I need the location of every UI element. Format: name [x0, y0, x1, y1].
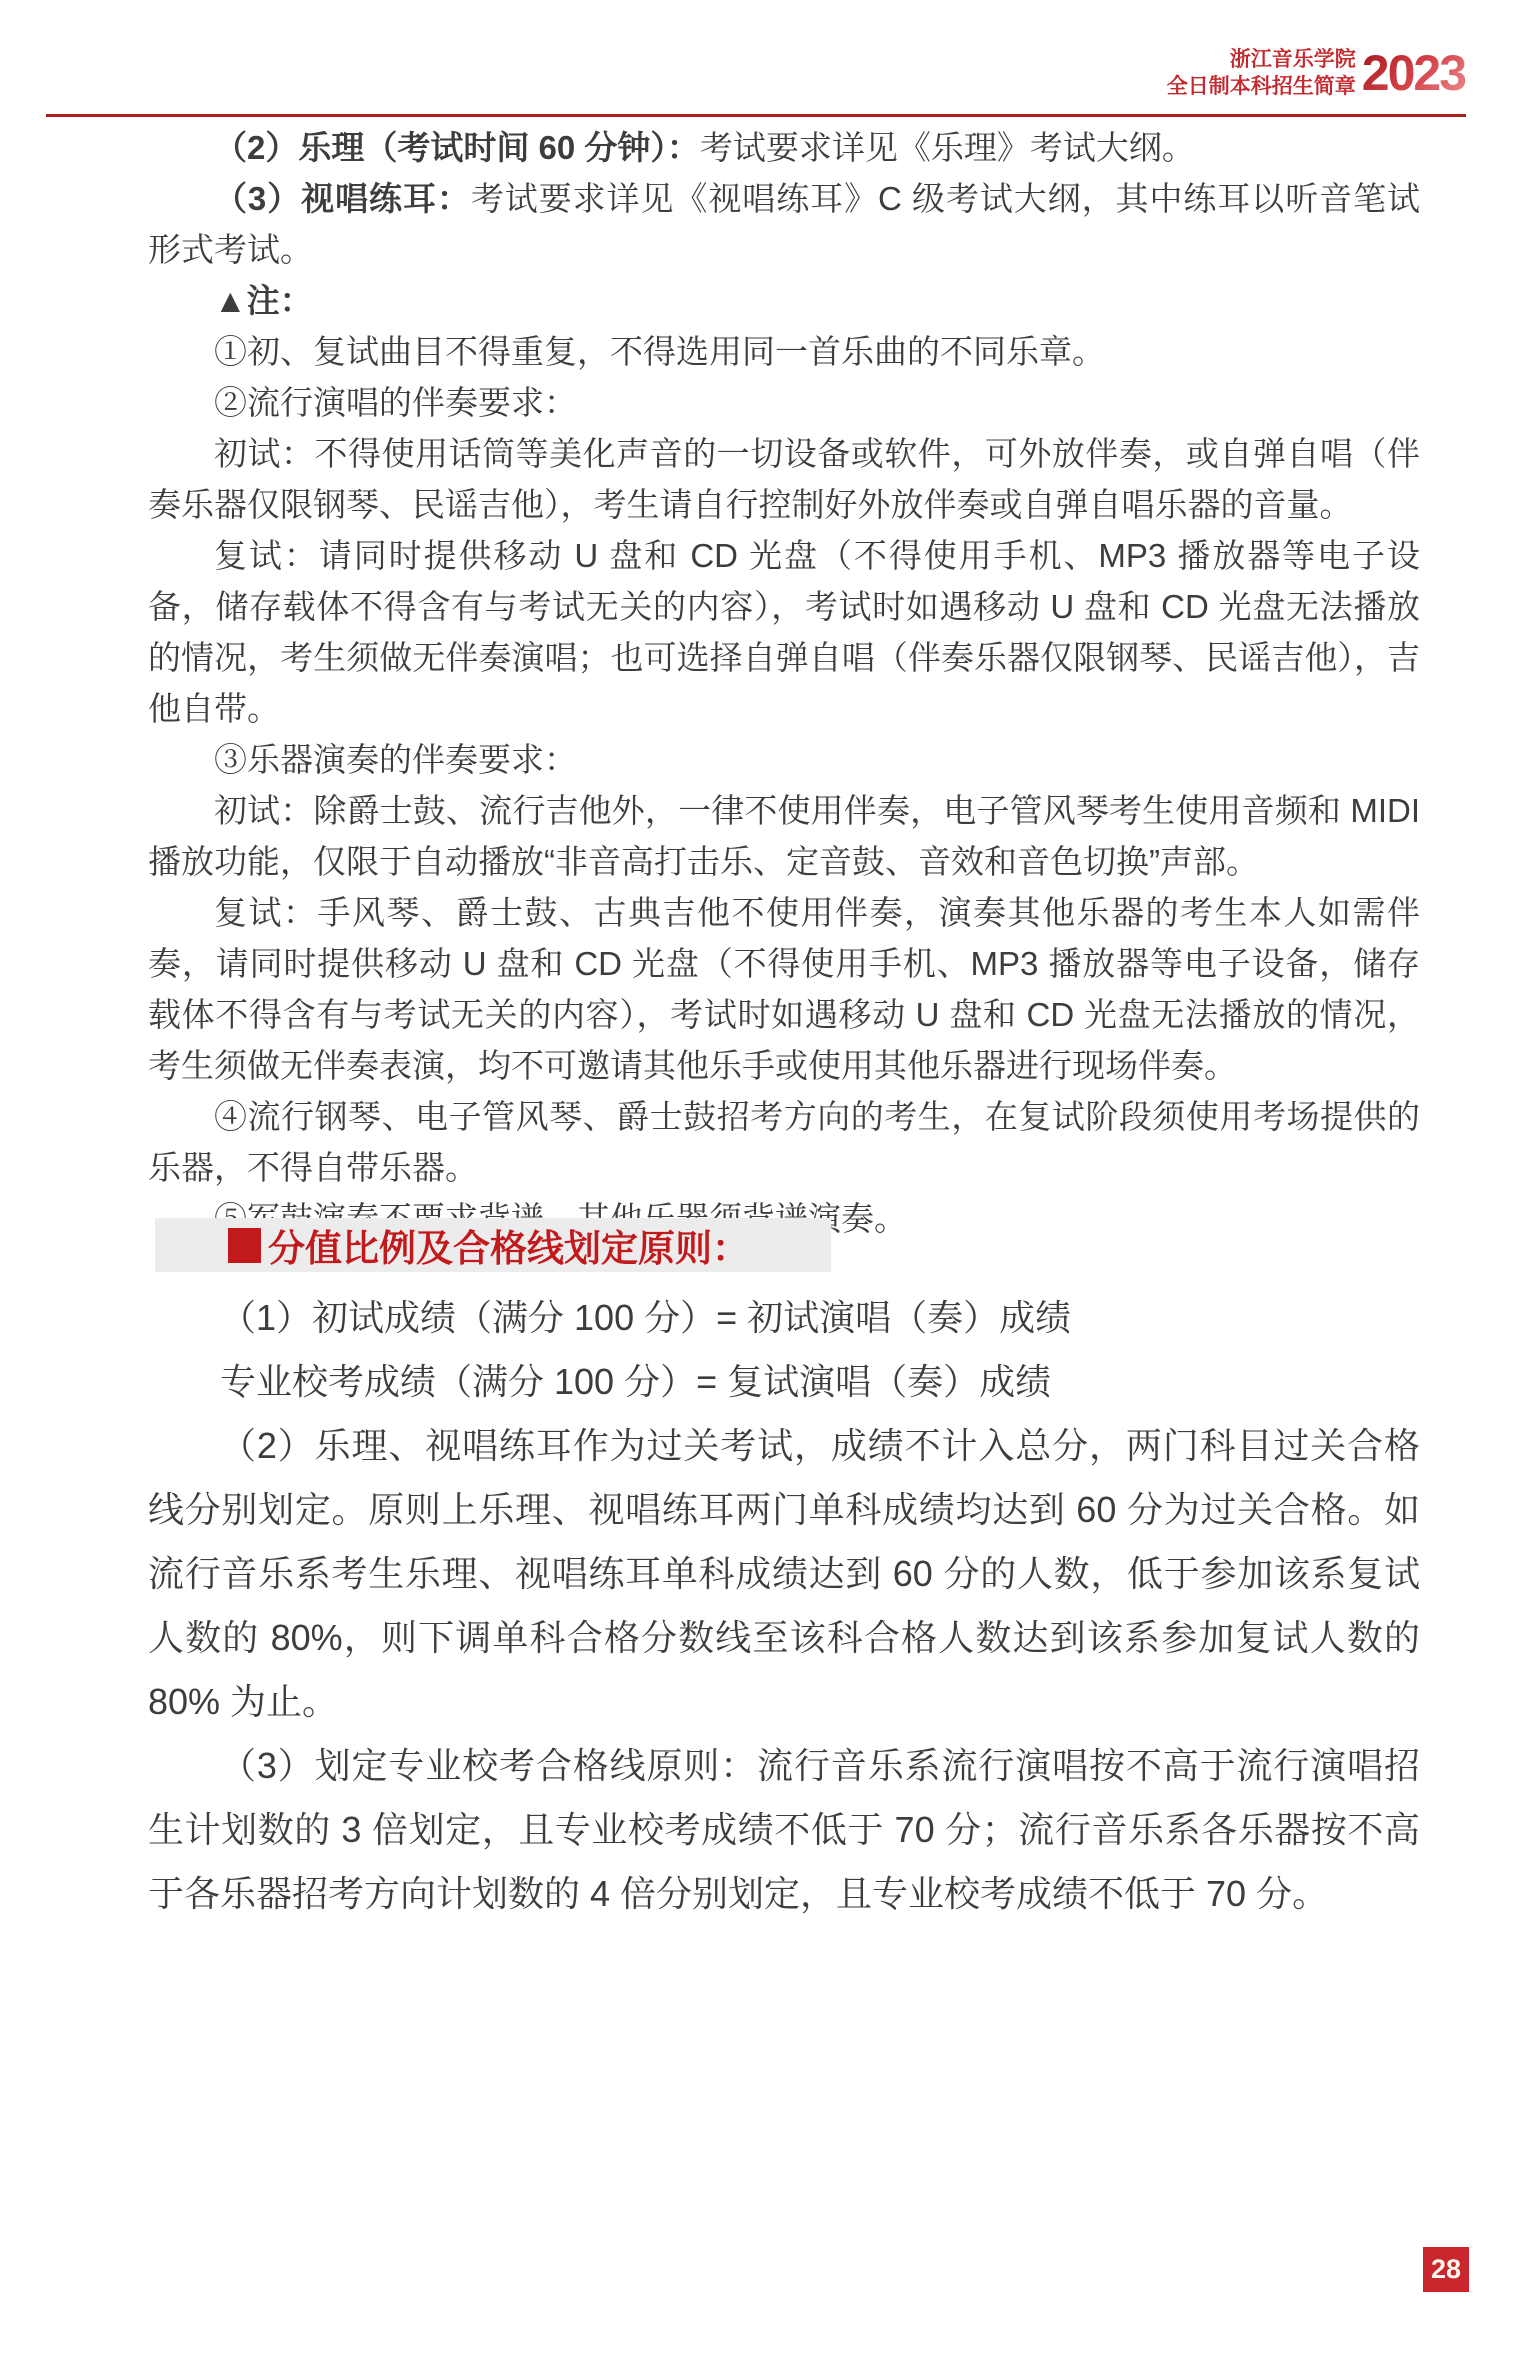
- paragraph: ②流行演唱的伴奏要求：: [148, 377, 1420, 428]
- header-divider-rule: [46, 114, 1466, 117]
- grading-rules-block: （1）初试成绩（满分 100 分）= 初试演唱（奏）成绩 专业校考成绩（满分 1…: [148, 1286, 1420, 1926]
- paragraph-lead: ▲注：: [214, 282, 313, 319]
- rule-text: 专业校考成绩（满分 100 分）= 复试演唱（奏）成绩: [220, 1361, 1051, 1402]
- exam-notes-block: （2）乐理（考试时间 60 分钟）：考试要求详见《乐理》考试大纲。 （3）视唱练…: [148, 122, 1420, 1244]
- paragraph: ③乐器演奏的伴奏要求：: [148, 734, 1420, 785]
- rule-text: （2）乐理、视唱练耳作为过关考试，成绩不计入总分，两门科目过关合格线分别划定。原…: [148, 1425, 1420, 1722]
- paragraph: ①初、复试曲目不得重复，不得选用同一首乐曲的不同乐章。: [148, 326, 1420, 377]
- paragraph: ④流行钢琴、电子管风琴、爵士鼓招考方向的考生，在复试阶段须使用考场提供的乐器，不…: [148, 1091, 1420, 1193]
- paragraph-text: ③乐器演奏的伴奏要求：: [214, 741, 577, 778]
- paragraph: 复试：请同时提供移动 U 盘和 CD 光盘（不得使用手机、MP3 播放器等电子设…: [148, 530, 1420, 734]
- paragraph-text: ②流行演唱的伴奏要求：: [214, 384, 577, 421]
- paragraph: （3）视唱练耳：考试要求详见《视唱练耳》C 级考试大纲，其中练耳以听音笔试形式考…: [148, 173, 1420, 275]
- page-number-badge: 28: [1423, 2247, 1469, 2292]
- header-org-name: 浙江音乐学院: [1167, 46, 1356, 73]
- paragraph-text: 复试：手风琴、爵士鼓、古典吉他不使用伴奏，演奏其他乐器的考生本人如需伴奏，请同时…: [148, 894, 1420, 1084]
- rule-paragraph: （1）初试成绩（满分 100 分）= 初试演唱（奏）成绩: [148, 1286, 1420, 1350]
- paragraph: ▲注：: [148, 275, 1420, 326]
- header-year: 2023: [1362, 48, 1465, 98]
- rule-paragraph: （2）乐理、视唱练耳作为过关考试，成绩不计入总分，两门科目过关合格线分别划定。原…: [148, 1414, 1420, 1734]
- paragraph-text: ①初、复试曲目不得重复，不得选用同一首乐曲的不同乐章。: [214, 333, 1105, 370]
- section-header-bar: 分值比例及合格线划定原则：: [155, 1218, 831, 1272]
- header-subtitle: 全日制本科招生简章: [1167, 73, 1356, 100]
- paragraph-text: 考试要求详见《乐理》考试大纲。: [700, 129, 1195, 166]
- rule-text: （3）划定专业校考合格线原则：流行音乐系流行演唱按不高于流行演唱招生计划数的 3…: [148, 1745, 1420, 1914]
- paragraph-text: 复试：请同时提供移动 U 盘和 CD 光盘（不得使用手机、MP3 播放器等电子设…: [148, 537, 1420, 727]
- paragraph-text: 初试：除爵士鼓、流行吉他外，一律不使用伴奏，电子管风琴考生使用音频和 MIDI …: [148, 792, 1420, 880]
- paragraph: 初试：不得使用话筒等美化声音的一切设备或软件，可外放伴奏，或自弹自唱（伴奏乐器仅…: [148, 428, 1420, 530]
- paragraph-lead: （3）视唱练耳：: [214, 180, 471, 217]
- paragraph-text: ④流行钢琴、电子管风琴、爵士鼓招考方向的考生，在复试阶段须使用考场提供的乐器，不…: [148, 1098, 1420, 1186]
- paragraph-text: 初试：不得使用话筒等美化声音的一切设备或软件，可外放伴奏，或自弹自唱（伴奏乐器仅…: [148, 435, 1420, 523]
- paragraph: 复试：手风琴、爵士鼓、古典吉他不使用伴奏，演奏其他乐器的考生本人如需伴奏，请同时…: [148, 887, 1420, 1091]
- rule-text: （1）初试成绩（满分 100 分）= 初试演唱（奏）成绩: [220, 1297, 1071, 1338]
- document-page: 浙江音乐学院 全日制本科招生简章 2023 （2）乐理（考试时间 60 分钟）：…: [0, 0, 1535, 2362]
- paragraph: 初试：除爵士鼓、流行吉他外，一律不使用伴奏，电子管风琴考生使用音频和 MIDI …: [148, 785, 1420, 887]
- section-title: 分值比例及合格线划定原则：: [268, 1218, 749, 1272]
- page-header: 浙江音乐学院 全日制本科招生简章 2023: [1167, 46, 1465, 100]
- rule-paragraph: 专业校考成绩（满分 100 分）= 复试演唱（奏）成绩: [148, 1350, 1420, 1414]
- rule-paragraph: （3）划定专业校考合格线原则：流行音乐系流行演唱按不高于流行演唱招生计划数的 3…: [148, 1734, 1420, 1926]
- section-bullet-icon: [228, 1228, 261, 1263]
- paragraph: （2）乐理（考试时间 60 分钟）：考试要求详见《乐理》考试大纲。: [148, 122, 1420, 173]
- header-org-block: 浙江音乐学院 全日制本科招生简章: [1167, 46, 1356, 100]
- paragraph-lead: （2）乐理（考试时间 60 分钟）：: [214, 129, 700, 166]
